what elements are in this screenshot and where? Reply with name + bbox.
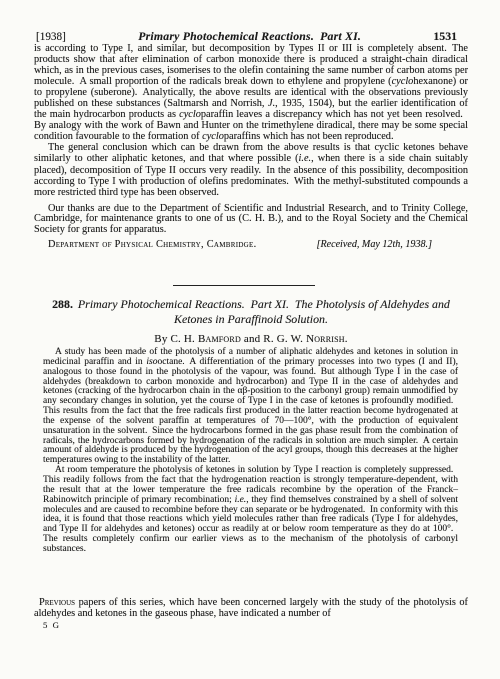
department-received-row: Department of Physical Chemistry, Cambri…: [34, 239, 468, 250]
previous-article-end: is according to Type I, and similar, but…: [34, 43, 468, 250]
body-paragraph: is according to Type I, and similar, but…: [34, 43, 468, 142]
section-divider: [173, 285, 315, 286]
article-title: Primary Photochemical Reactions. Part XI…: [78, 297, 450, 326]
running-head: [1938] Primary Photochemical Reactions. …: [36, 29, 457, 44]
running-head-year: [1938]: [36, 31, 66, 43]
byline: By C. H. Bamford and R. G. W. Norrish.: [34, 333, 468, 345]
body-paragraph: The general conclusion which can be draw…: [34, 142, 468, 197]
printer-signature: 5 G: [43, 620, 60, 630]
abstract-paragraph: A study has been made of the photolysis …: [43, 348, 458, 466]
abstract-paragraph: At room temperature the photolysis of ke…: [43, 466, 458, 555]
department-line: Department of Physical Chemistry, Cambri…: [34, 239, 257, 250]
article-heading: 288.Primary Photochemical Reactions. Par…: [34, 297, 468, 326]
opening-paragraph: Previous papers of this series, which ha…: [34, 597, 468, 620]
journal-page: [1938] Primary Photochemical Reactions. …: [0, 0, 500, 679]
article-number: 288.: [52, 297, 73, 311]
acknowledgement-paragraph: Our thanks are due to the Department of …: [34, 204, 468, 236]
abstract: A study has been made of the photolysis …: [43, 348, 458, 555]
running-head-title: Primary Photochemical Reactions. Part XI…: [138, 29, 361, 44]
received-date: [Received, May 12th, 1938.]: [317, 239, 432, 250]
running-head-page-number: 1531: [433, 29, 457, 44]
